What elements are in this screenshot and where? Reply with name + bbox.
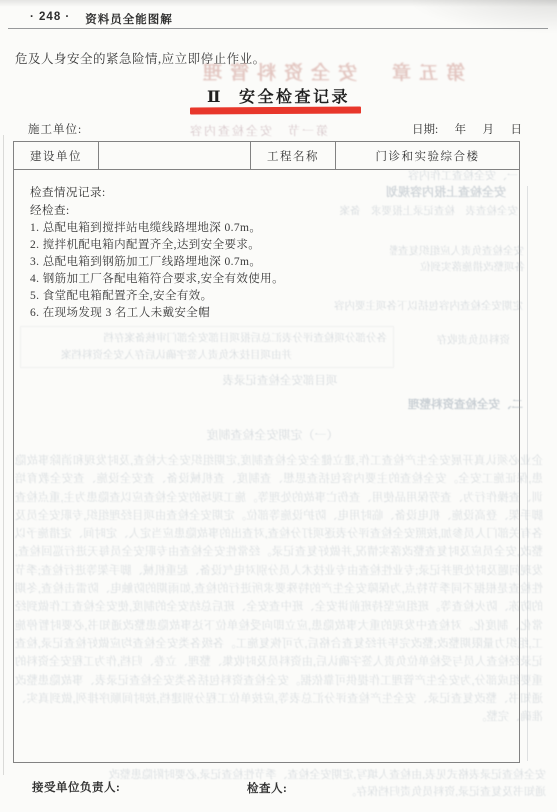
page-edge-line <box>3 135 4 775</box>
page-number: · 248 · <box>30 11 70 27</box>
record-item: 5. 食堂配电箱配置齐全,安全有效。 <box>30 288 284 305</box>
header-rule <box>8 28 548 29</box>
section-name: 安全检查记录 <box>239 89 350 106</box>
project-name-label-cell: 工程名称 <box>251 142 336 169</box>
book-page: · 248 · 资料员全能图解 危及人身安全的紧急险情,应立即停止作业。 Ⅱ安全… <box>0 0 557 812</box>
inspection-record-cell: 检查情况记录: 经检查: 1. 总配电箱到搅拌站电缆线路埋地深 0.7m。 2.… <box>14 170 519 762</box>
form-table: 建设单位 工程名称 门诊和实验综合楼 检查情况记录: 经检查: 1. 总配电箱到… <box>13 141 520 763</box>
record-title: 检查情况记录: <box>30 184 106 200</box>
record-lead-in: 经检查: <box>30 202 70 218</box>
book-title: 资料员全能图解 <box>85 11 173 27</box>
record-item: 4. 钢筋加工厂各配电箱符合要求,安全有效使用。 <box>30 271 284 288</box>
record-item: 3. 总配电箱到钢筋加工厂线路埋地深 0.7m。 <box>30 254 284 271</box>
project-name-value-cell: 门诊和实验综合楼 <box>336 142 519 169</box>
date-year-label: 年 <box>455 121 467 137</box>
date-label: 日期: <box>412 121 438 137</box>
ghost-bleedthrough-footer: 安全检查记录表格式见表,由检查人填写,定期安全检查、季节性检查记录,必要时附隐患… <box>106 767 546 801</box>
title-underline-bar <box>190 107 361 115</box>
section-title: Ⅱ安全检查记录 <box>0 84 557 107</box>
record-item-list: 1. 总配电箱到搅拌站电缆线路埋地深 0.7m。 2. 搅拌机配电箱内配置齐全,… <box>30 220 284 321</box>
record-item: 6. 在现场发现 3 名工人未戴安全帽 <box>30 305 284 322</box>
builder-unit-value-cell <box>99 142 251 169</box>
intro-paragraph: 危及人身安全的紧急险情,应立即停止作业。 <box>15 49 266 67</box>
ghost-section-subheading: 第一节 安全检查内容 <box>182 122 334 139</box>
date-day-label: 日 <box>510 121 522 137</box>
receiver-label: 接受单位负责人: <box>32 779 120 795</box>
ghost-table-border-line <box>527 186 528 761</box>
table-header-row: 建设单位 工程名称 门诊和实验综合楼 <box>14 142 519 170</box>
construction-unit-label: 施工单位: <box>28 121 82 137</box>
section-numeral: Ⅱ <box>207 89 223 106</box>
date-month-label: 月 <box>483 121 495 137</box>
page-header: · 248 · 资料员全能图解 <box>30 11 173 27</box>
builder-unit-label-cell: 建设单位 <box>14 142 99 169</box>
inspector-label: 检查人: <box>247 780 287 796</box>
record-item: 1. 总配电箱到搅拌站电缆线路埋地深 0.7m。 <box>30 220 284 237</box>
date-row: 日期: 年 月 日 <box>412 121 522 137</box>
record-item: 2. 搅拌机配电箱内配置齐全,达到安全要求。 <box>30 237 284 254</box>
